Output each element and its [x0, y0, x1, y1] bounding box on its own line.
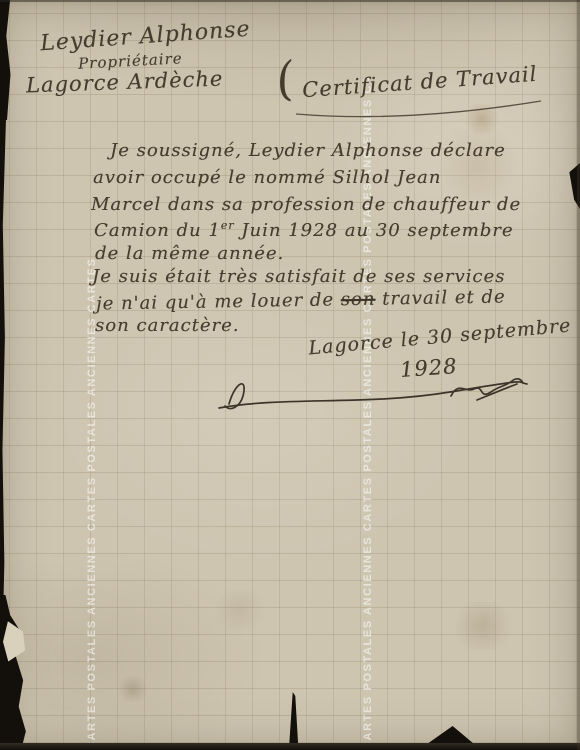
body-line-4-start: Camion du 1 [94, 220, 221, 241]
body-line-7-end: travail et de [375, 286, 506, 309]
body-line-4-ordinal: er [221, 219, 235, 232]
body-line-5: de la même année. [95, 243, 284, 264]
body-line-1: Je soussigné, Leydier Alphonse déclare [110, 140, 506, 161]
edge-shadow-top [0, 0, 580, 2]
scanned-document: CARTES POSTALES ANCIENNES CARTES POSTALE… [0, 0, 580, 750]
body-line-6: Je suis était très satisfait de ses serv… [92, 266, 505, 287]
body-line-3: Marcel dans sa profession de chauffeur d… [91, 194, 521, 215]
body-line-7-start: je n'ai qu'à me louer de [96, 289, 341, 314]
body-line-2: avoir occupé le nommé Silhol Jean [93, 167, 441, 188]
torn-edge-bottom [0, 743, 580, 750]
body-line-7-crossed-out-word: son [341, 289, 376, 311]
body-line-4: Camion du 1er Juin 1928 au 30 septembre [94, 219, 514, 241]
body-line-4-end: Juin 1928 au 30 septembre [235, 220, 514, 241]
body-line-8: son caractère. [95, 315, 239, 336]
closing-year: 1928 [399, 354, 458, 382]
